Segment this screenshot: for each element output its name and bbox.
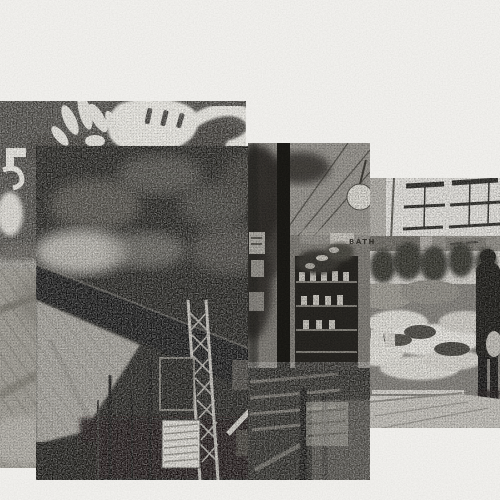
shop-sign-text: BATH <box>349 238 376 246</box>
collage-canvas: graffiti-mural-panel <box>0 0 500 500</box>
flower-stall-shop-facade-panel: flower-stall-shop-facade-panel <box>352 178 500 428</box>
collage-artwork: graffiti-mural-panel <box>0 0 500 500</box>
market-street-lamp-post-panel: market-street-lamp-post-panel <box>232 143 373 480</box>
